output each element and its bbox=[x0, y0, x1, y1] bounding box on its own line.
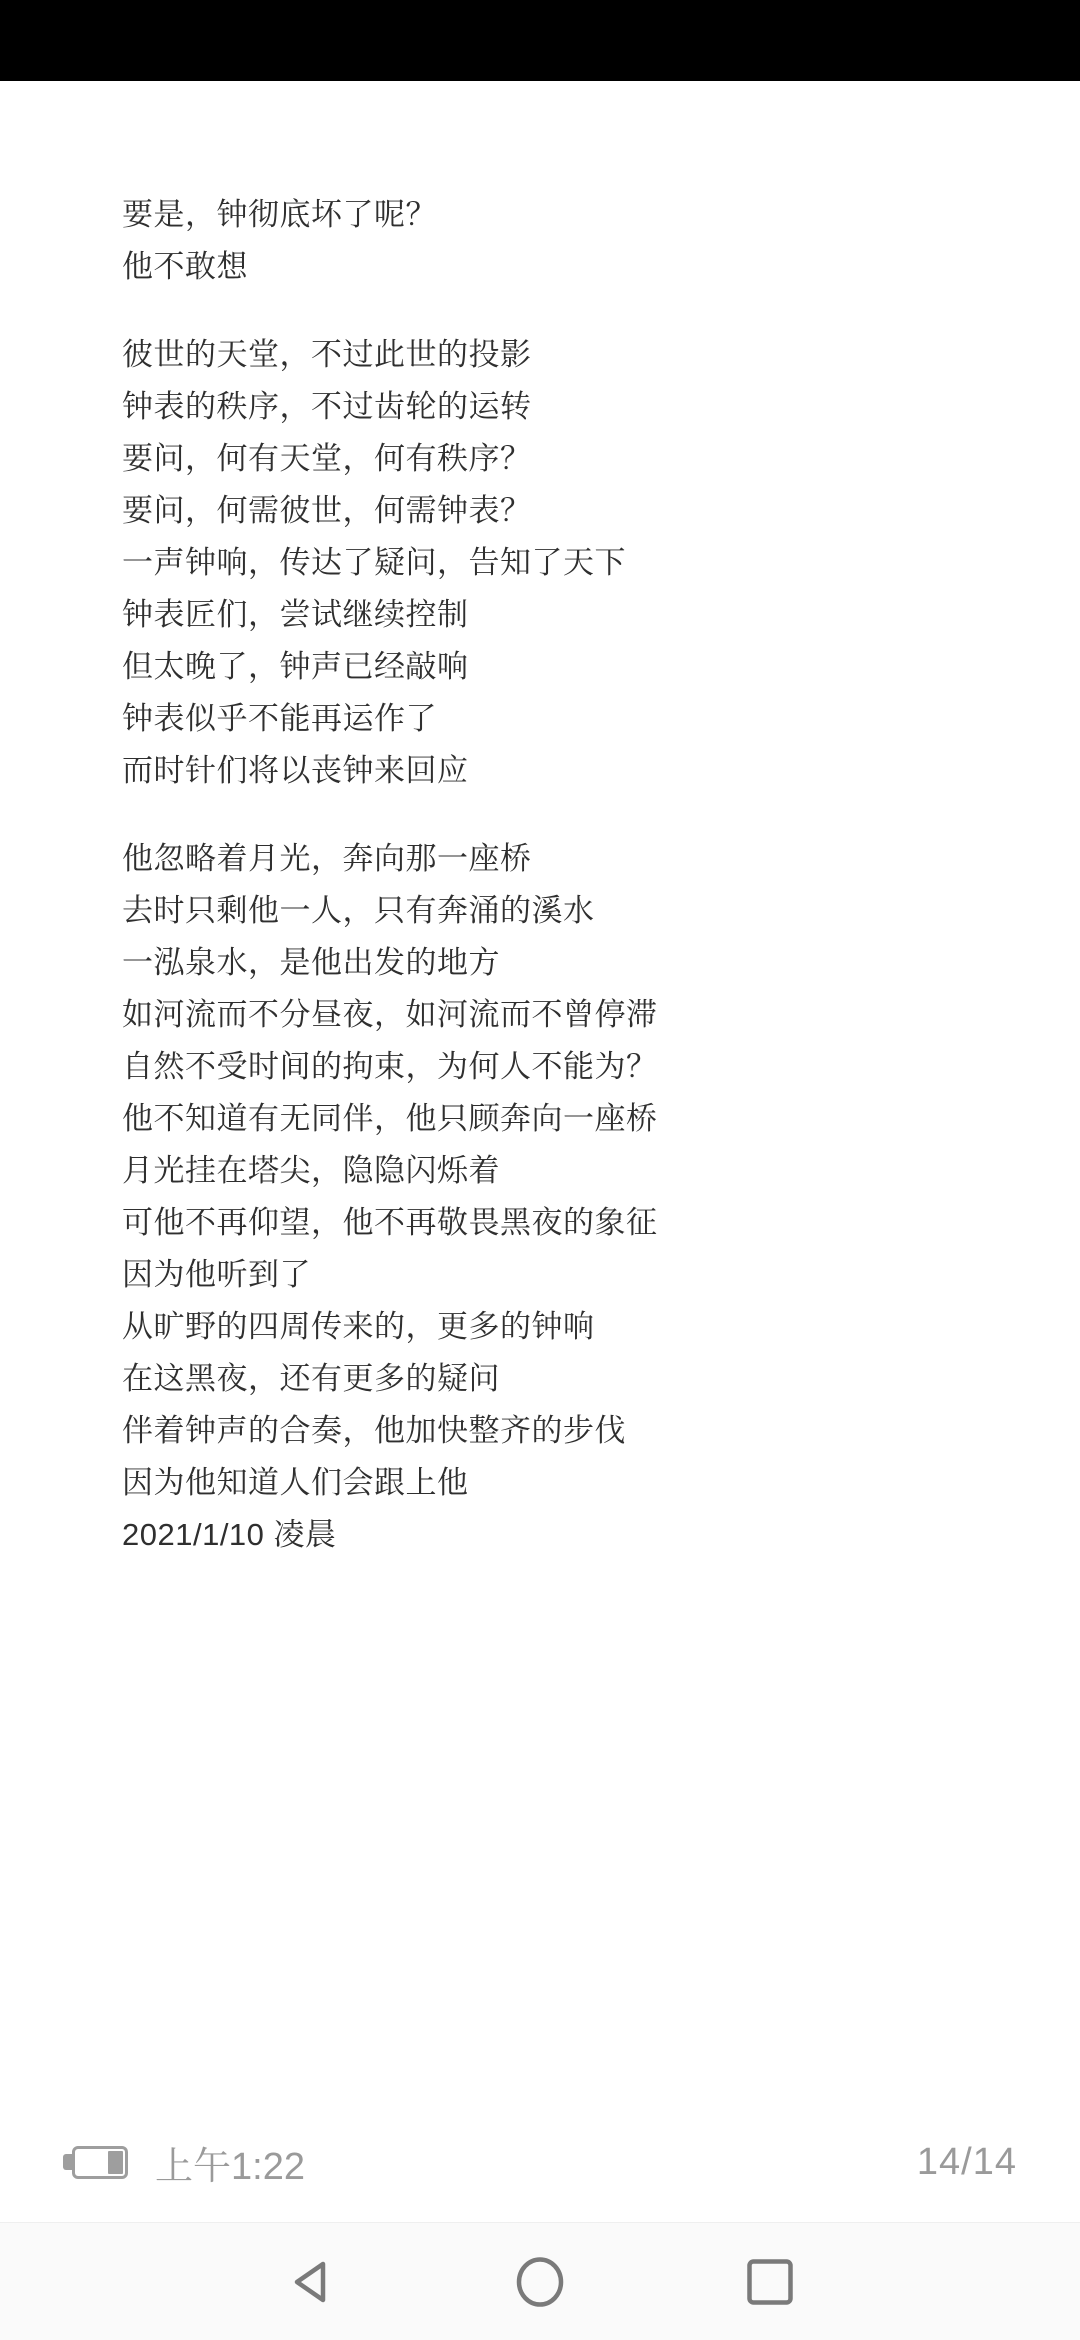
poem-line: 要问，何有天堂，何有秩序？ bbox=[122, 433, 1020, 485]
recents-button[interactable] bbox=[655, 2223, 885, 2340]
back-triangle-icon bbox=[286, 2256, 334, 2308]
poem-line: 但太晚了，钟声已经敲响 bbox=[122, 641, 1020, 693]
poem-line: 因为他听到了 bbox=[122, 1249, 1020, 1301]
poem-line: 他忽略着月光，奔向那一座桥 bbox=[122, 833, 1020, 885]
status-bar bbox=[0, 0, 1080, 81]
poem-line: 要是，钟彻底坏了呢？ bbox=[122, 189, 1020, 241]
poem-line: 在这黑夜，还有更多的疑问 bbox=[122, 1353, 1020, 1405]
battery-fill bbox=[108, 2151, 123, 2174]
back-button[interactable] bbox=[195, 2223, 425, 2340]
home-button[interactable] bbox=[425, 2223, 655, 2340]
poem-line: 自然不受时间的拘束，为何人不能为？ bbox=[122, 1041, 1020, 1093]
android-nav-bar bbox=[0, 2222, 1080, 2340]
battery-nub bbox=[63, 2154, 72, 2170]
poem-stanza: 他忽略着月光，奔向那一座桥去时只剩他一人，只有奔涌的溪水一泓泉水，是他出发的地方… bbox=[122, 833, 1020, 1561]
reader-screen: 要是，钟彻底坏了呢？他不敢想彼世的天堂，不过此世的投影钟表的秩序，不过齿轮的运转… bbox=[0, 0, 1080, 2340]
poem-line: 去时只剩他一人，只有奔涌的溪水 bbox=[122, 885, 1020, 937]
poem-line: 一声钟响，传达了疑问，告知了天下 bbox=[122, 537, 1020, 589]
page-indicator: 14/14 bbox=[917, 2141, 1017, 2184]
battery-icon bbox=[72, 2146, 128, 2179]
poem-line: 因为他知道人们会跟上他 bbox=[122, 1457, 1020, 1509]
poem-line: 钟表似乎不能再运作了 bbox=[122, 693, 1020, 745]
poem-text: 要是，钟彻底坏了呢？他不敢想彼世的天堂，不过此世的投影钟表的秩序，不过齿轮的运转… bbox=[122, 189, 1020, 1561]
poem-line: 彼世的天堂，不过此世的投影 bbox=[122, 329, 1020, 381]
poem-line: 从旷野的四周传来的，更多的钟响 bbox=[122, 1301, 1020, 1353]
poem-line: 伴着钟声的合奏，他加快整齐的步伐 bbox=[122, 1405, 1020, 1457]
poem-line: 2021/1/10 凌晨 bbox=[122, 1509, 1020, 1561]
poem-line: 他不敢想 bbox=[122, 241, 1020, 293]
reader-footer: 上午1:22 14/14 bbox=[0, 2138, 1080, 2186]
poem-line: 如河流而不分昼夜，如河流而不曾停滞 bbox=[122, 989, 1020, 1041]
poem-line: 一泓泉水，是他出发的地方 bbox=[122, 937, 1020, 989]
poem-line: 可他不再仰望，他不再敬畏黑夜的象征 bbox=[122, 1197, 1020, 1249]
poem-line: 钟表的秩序，不过齿轮的运转 bbox=[122, 381, 1020, 433]
poem-line: 钟表匠们，尝试继续控制 bbox=[122, 589, 1020, 641]
poem-stanza: 彼世的天堂，不过此世的投影钟表的秩序，不过齿轮的运转要问，何有天堂，何有秩序？要… bbox=[122, 329, 1020, 797]
poem-line: 月光挂在塔尖，隐隐闪烁着 bbox=[122, 1145, 1020, 1197]
poem-line: 他不知道有无同伴，他只顾奔向一座桥 bbox=[122, 1093, 1020, 1145]
poem-line: 而时针们将以丧钟来回应 bbox=[122, 745, 1020, 797]
home-circle-icon bbox=[515, 2256, 565, 2308]
recents-square-icon bbox=[746, 2256, 794, 2308]
poem-stanza: 要是，钟彻底坏了呢？他不敢想 bbox=[122, 189, 1020, 293]
clock-time: 上午1:22 bbox=[155, 2135, 305, 2190]
poem-line: 要问，何需彼世，何需钟表？ bbox=[122, 485, 1020, 537]
